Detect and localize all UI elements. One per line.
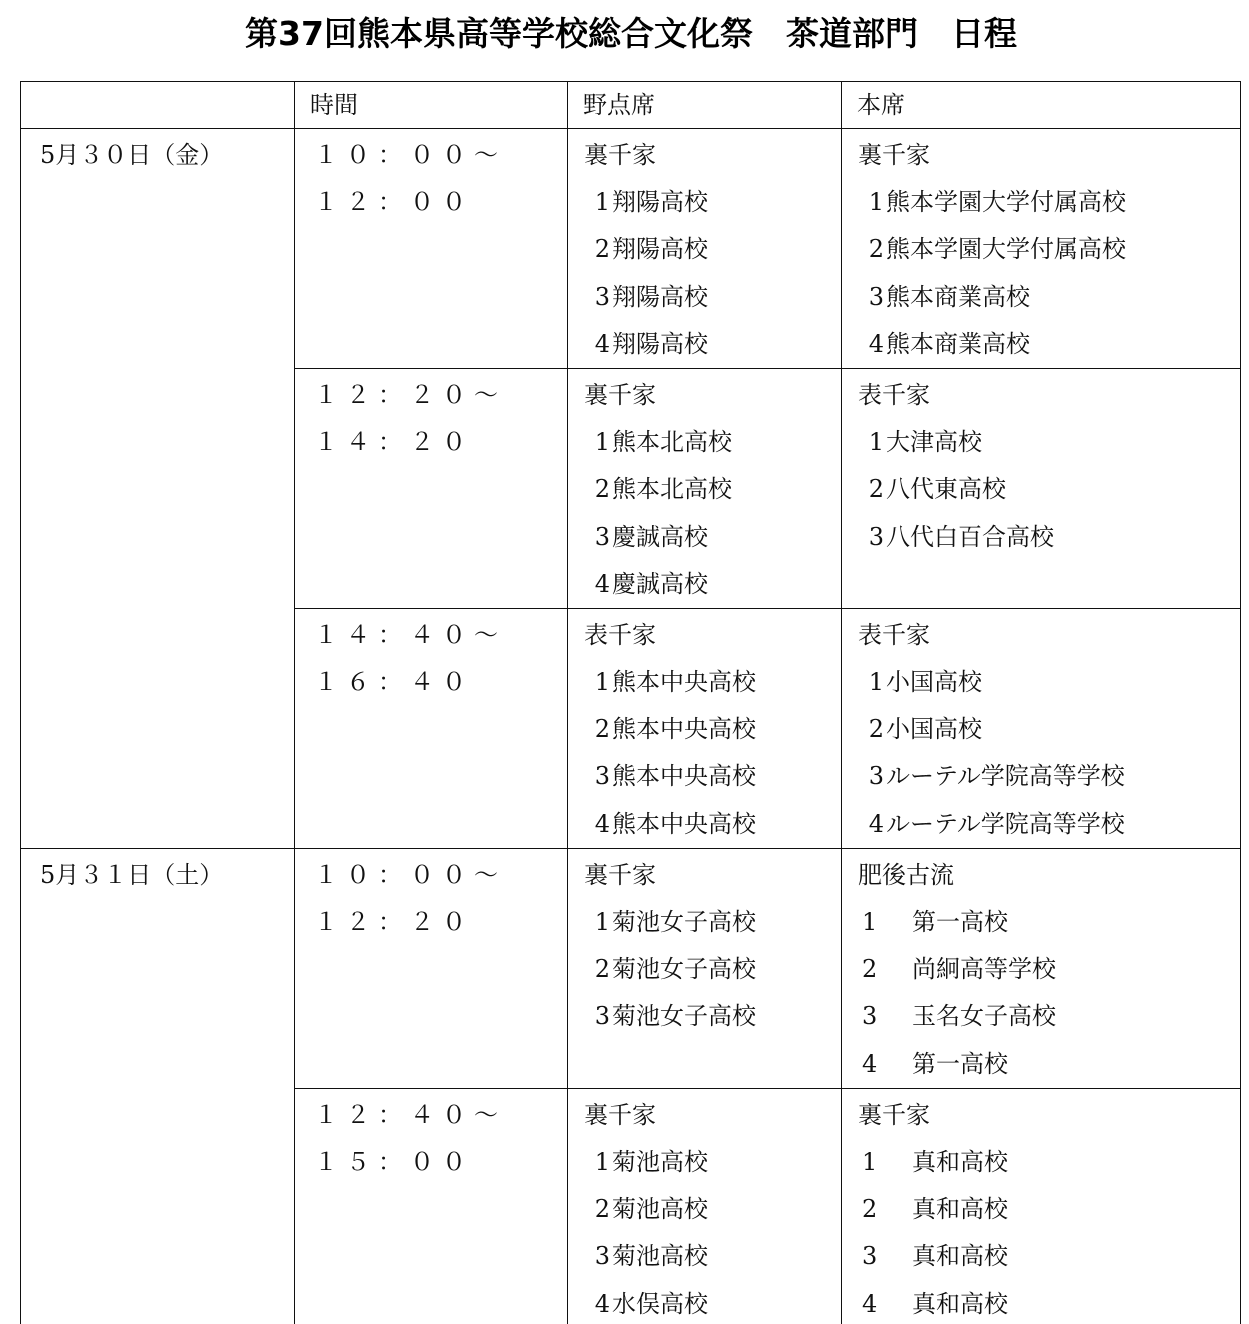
entry: 2熊本学園大学付属高校	[858, 226, 1240, 273]
entry: 2小国高校	[858, 706, 1240, 753]
entry-number: 2	[584, 946, 612, 993]
school-name: 菊池女子高校	[612, 955, 756, 983]
school-of-tea: 裏千家	[584, 852, 841, 899]
entry-number: 1	[858, 659, 886, 706]
school-name: 熊本中央高校	[612, 715, 756, 743]
honseki-cell: 表千家 1小国高校 2小国高校 3ルーテル学院高等学校 4ルーテル学院高等学校	[842, 608, 1241, 848]
entry: 1菊池高校	[584, 1139, 841, 1186]
entry-number: 3	[858, 274, 886, 321]
entry: 2翔陽高校	[584, 226, 841, 273]
entry-number: 1	[584, 659, 612, 706]
school-name: 玉名女子高校	[912, 1002, 1056, 1030]
entry-number: 2	[584, 706, 612, 753]
school-name: 菊池高校	[612, 1195, 708, 1223]
school-name: 小国高校	[886, 715, 982, 743]
time-end: １５：００	[314, 1139, 567, 1186]
school-name: 熊本商業高校	[886, 330, 1030, 358]
entry-number: 2	[858, 706, 886, 753]
school-name: 八代白百合高校	[886, 523, 1054, 551]
table-header-row: 時間 野点席 本席	[21, 82, 1241, 129]
school-name: 菊池女子高校	[612, 1002, 756, 1030]
school-name: 尚絅高等学校	[912, 955, 1056, 983]
entry-number: 3	[584, 993, 612, 1040]
entry-number: 4	[584, 1281, 612, 1324]
school-of-tea: 裏千家	[584, 372, 841, 419]
time-cell: １２：２０〜 １４：２０	[295, 368, 568, 608]
time-start: １２：４０〜	[314, 1092, 567, 1139]
entry-number: 2	[858, 226, 886, 273]
nodateseki-cell: 裏千家 1熊本北高校 2熊本北高校 3慶誠高校 4慶誠高校	[568, 368, 842, 608]
date-cell: 5月３１日（土）	[21, 848, 295, 1324]
entry-number: 1	[858, 179, 886, 226]
school-name: 菊池女子高校	[612, 908, 756, 936]
time-cell: １２：４０〜 １５：００	[295, 1088, 568, 1324]
entry: 1熊本北高校	[584, 419, 841, 466]
school-of-tea: 裏千家	[858, 132, 1240, 179]
school-of-tea: 表千家	[858, 612, 1240, 659]
entry: 3玉名女子高校	[858, 993, 1240, 1040]
entry: 4熊本中央高校	[584, 801, 841, 848]
entry-number: 1	[584, 179, 612, 226]
entry-number: 4	[858, 321, 886, 368]
school-name: 菊池高校	[612, 1148, 708, 1176]
school-name: 熊本学園大学付属高校	[886, 188, 1126, 216]
school-name: 翔陽高校	[612, 283, 708, 311]
school-name: ルーテル学院高等学校	[886, 762, 1125, 790]
time-end: １２：００	[314, 179, 567, 226]
entry-number: 4	[858, 1041, 912, 1088]
entry: 1翔陽高校	[584, 179, 841, 226]
entry: 3熊本中央高校	[584, 753, 841, 800]
school-name: 熊本学園大学付属高校	[886, 235, 1126, 263]
entry-number: 3	[858, 993, 912, 1040]
entry-number: 2	[584, 1186, 612, 1233]
entry-number: 3	[584, 1233, 612, 1280]
entry-number: 2	[858, 1186, 912, 1233]
entry: 3慶誠高校	[584, 514, 841, 561]
header-honseki: 本席	[842, 82, 1241, 129]
time-cell: １０：００〜 １２：００	[295, 129, 568, 369]
time-end: １６：４０	[314, 659, 567, 706]
entry-number: 4	[584, 801, 612, 848]
nodateseki-cell: 裏千家 1菊池高校 2菊池高校 3菊池高校 4水俣高校	[568, 1088, 842, 1324]
school-name: 熊本中央高校	[612, 668, 756, 696]
school-name: 真和高校	[912, 1242, 1008, 1270]
header-nodateseki: 野点席	[568, 82, 842, 129]
entry-number: 3	[584, 753, 612, 800]
entry: 1菊池女子高校	[584, 899, 841, 946]
honseki-cell: 裏千家 1熊本学園大学付属高校 2熊本学園大学付属高校 3熊本商業高校 4熊本商…	[842, 129, 1241, 369]
header-date	[21, 82, 295, 129]
time-cell: １０：００〜 １２：２０	[295, 848, 568, 1088]
school-of-tea: 表千家	[584, 612, 841, 659]
entry-number: 4	[584, 321, 612, 368]
entry: 3真和高校	[858, 1233, 1240, 1280]
entry: 2八代東高校	[858, 466, 1240, 513]
entry: 3八代白百合高校	[858, 514, 1240, 561]
entry: 3熊本商業高校	[858, 274, 1240, 321]
school-name: 大津高校	[886, 428, 982, 456]
school-name: 慶誠高校	[612, 523, 708, 551]
school-name: 慶誠高校	[612, 570, 708, 598]
entry: 1真和高校	[858, 1139, 1240, 1186]
time-start: １０：００〜	[314, 132, 567, 179]
document-title: 第37回熊本県高等学校総合文化祭 茶道部門 日程	[0, 8, 1249, 60]
time-cell: １４：４０〜 １６：４０	[295, 608, 568, 848]
school-name: 熊本中央高校	[612, 762, 756, 790]
entry: 4慶誠高校	[584, 561, 841, 608]
entry-number: 1	[584, 899, 612, 946]
entry: 3ルーテル学院高等学校	[858, 753, 1240, 800]
school-name: ルーテル学院高等学校	[886, 810, 1125, 838]
header-time: 時間	[295, 82, 568, 129]
entry-number: 1	[858, 419, 886, 466]
school-of-tea: 肥後古流	[858, 852, 1240, 899]
entry-number: 4	[858, 801, 886, 848]
entry-number: 3	[858, 753, 886, 800]
entry-number: 3	[584, 274, 612, 321]
school-name: 真和高校	[912, 1148, 1008, 1176]
school-name: 翔陽高校	[612, 330, 708, 358]
entry-number: 1	[858, 899, 912, 946]
entry: 1熊本中央高校	[584, 659, 841, 706]
entry-number: 2	[584, 466, 612, 513]
entry: 1第一高校	[858, 899, 1240, 946]
entry: 2尚絅高等学校	[858, 946, 1240, 993]
entry: 4第一高校	[858, 1041, 1240, 1088]
school-name: 水俣高校	[612, 1290, 708, 1318]
entry: 4真和高校	[858, 1281, 1240, 1324]
school-of-tea: 表千家	[858, 372, 1240, 419]
entry: 4翔陽高校	[584, 321, 841, 368]
school-name: 真和高校	[912, 1195, 1008, 1223]
entry: 2熊本北高校	[584, 466, 841, 513]
entry: 3翔陽高校	[584, 274, 841, 321]
entry: 2真和高校	[858, 1186, 1240, 1233]
date-cell: 5月３０日（金）	[21, 129, 295, 849]
school-name: 熊本中央高校	[612, 810, 756, 838]
school-name: 小国高校	[886, 668, 982, 696]
entry-number: 2	[858, 946, 912, 993]
table-row: 5月３０日（金） １０：００〜 １２：００ 裏千家 1翔陽高校 2翔陽高校 3翔…	[21, 129, 1241, 369]
school-name: 熊本北高校	[612, 475, 732, 503]
entry: 4水俣高校	[584, 1281, 841, 1324]
entry-number: 1	[584, 1139, 612, 1186]
nodateseki-cell: 裏千家 1翔陽高校 2翔陽高校 3翔陽高校 4翔陽高校	[568, 129, 842, 369]
entry: 1大津高校	[858, 419, 1240, 466]
school-of-tea: 裏千家	[584, 132, 841, 179]
school-name: 熊本商業高校	[886, 283, 1030, 311]
entry: 3菊池高校	[584, 1233, 841, 1280]
entry: 2菊池女子高校	[584, 946, 841, 993]
nodateseki-cell: 表千家 1熊本中央高校 2熊本中央高校 3熊本中央高校 4熊本中央高校	[568, 608, 842, 848]
time-start: １０：００〜	[314, 852, 567, 899]
entry: 4熊本商業高校	[858, 321, 1240, 368]
entry: 2熊本中央高校	[584, 706, 841, 753]
entry: 1小国高校	[858, 659, 1240, 706]
school-name: 真和高校	[912, 1290, 1008, 1318]
time-start: １４：４０〜	[314, 612, 567, 659]
entry: 2菊池高校	[584, 1186, 841, 1233]
table-row: 5月３１日（土） １０：００〜 １２：２０ 裏千家 1菊池女子高校 2菊池女子高…	[21, 848, 1241, 1088]
entry: 4ルーテル学院高等学校	[858, 801, 1240, 848]
entry-number: 1	[858, 1139, 912, 1186]
honseki-cell: 表千家 1大津高校 2八代東高校 3八代白百合高校	[842, 368, 1241, 608]
date-label: 5月３０日（金）	[40, 132, 294, 179]
entry-number: 4	[858, 1281, 912, 1324]
honseki-cell: 肥後古流 1第一高校 2尚絅高等学校 3玉名女子高校 4第一高校	[842, 848, 1241, 1088]
nodateseki-cell: 裏千家 1菊池女子高校 2菊池女子高校 3菊池女子高校	[568, 848, 842, 1088]
time-start: １２：２０〜	[314, 372, 567, 419]
school-name: 第一高校	[912, 1050, 1008, 1078]
school-name: 八代東高校	[886, 475, 1006, 503]
school-name: 翔陽高校	[612, 235, 708, 263]
time-end: １４：２０	[314, 419, 567, 466]
school-of-tea: 裏千家	[858, 1092, 1240, 1139]
time-end: １２：２０	[314, 899, 567, 946]
entry-number: 3	[858, 1233, 912, 1280]
school-name: 熊本北高校	[612, 428, 732, 456]
schedule-table: 時間 野点席 本席 5月３０日（金） １０：００〜 １２：００ 裏千家 1翔陽高…	[20, 81, 1241, 1324]
school-name: 第一高校	[912, 908, 1008, 936]
entry-number: 3	[858, 514, 886, 561]
entry-number: 4	[584, 561, 612, 608]
school-name: 翔陽高校	[612, 188, 708, 216]
entry-number: 2	[858, 466, 886, 513]
honseki-cell: 裏千家 1真和高校 2真和高校 3真和高校 4真和高校	[842, 1088, 1241, 1324]
entry-number: 1	[584, 419, 612, 466]
entry-number: 2	[584, 226, 612, 273]
entry-number: 3	[584, 514, 612, 561]
date-label: 5月３１日（土）	[40, 852, 294, 899]
entry: 3菊池女子高校	[584, 993, 841, 1040]
entry: 1熊本学園大学付属高校	[858, 179, 1240, 226]
school-of-tea: 裏千家	[584, 1092, 841, 1139]
school-name: 菊池高校	[612, 1242, 708, 1270]
